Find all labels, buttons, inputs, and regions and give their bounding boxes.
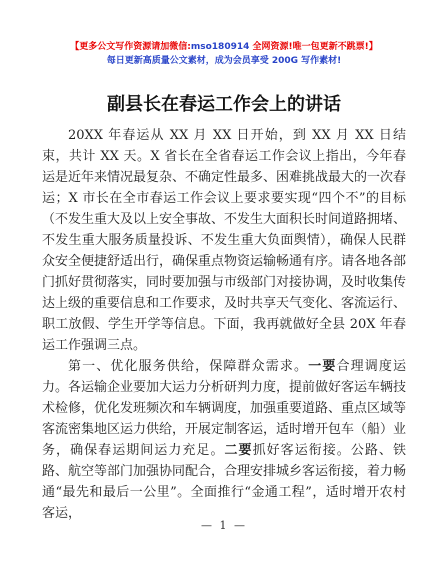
ad-line1-prefix: 【更多公文写作资源请加微信: bbox=[70, 42, 191, 52]
ad-line-2: 每日更新高质量公文素材，成为会员享受 200G 写作素材! bbox=[0, 54, 448, 68]
ad-line1-suffix: 全网资源!唯一包更新不跳票!】 bbox=[249, 42, 377, 52]
paragraph: 第一、优化服务供给，保障群众需求。一要合理调度运力。各运输企业要加大运力分析研判… bbox=[42, 356, 406, 524]
bold-text-run: 一要 bbox=[308, 359, 336, 374]
ad-line-1: 【更多公文写作资源请加微信:mso180914 全网资源!唯一包更新不跳票!】 bbox=[0, 40, 448, 54]
header-ad-banner: 【更多公文写作资源请加微信:mso180914 全网资源!唯一包更新不跳票!】 … bbox=[0, 0, 448, 68]
text-run: 第一、优化服务供给，保障群众需求。 bbox=[68, 359, 308, 374]
text-run: 20XX 年春运从 XX 月 XX 日开始，到 XX 月 XX 日结束，共计 X… bbox=[42, 128, 406, 353]
document-body: 20XX 年春运从 XX 月 XX 日开始，到 XX 月 XX 日结束，共计 X… bbox=[0, 125, 448, 524]
wechat-id-text: mso180914 bbox=[191, 42, 250, 52]
paragraph: 20XX 年春运从 XX 月 XX 日开始，到 XX 月 XX 日结束，共计 X… bbox=[42, 125, 406, 356]
document-page: 【更多公文写作资源请加微信:mso180914 全网资源!唯一包更新不跳票!】 … bbox=[0, 0, 448, 580]
document-title: 副县长在春运工作会上的讲话 bbox=[0, 93, 448, 117]
page-number: — 1 — bbox=[0, 519, 448, 532]
bold-text-run: 二要 bbox=[225, 443, 253, 458]
